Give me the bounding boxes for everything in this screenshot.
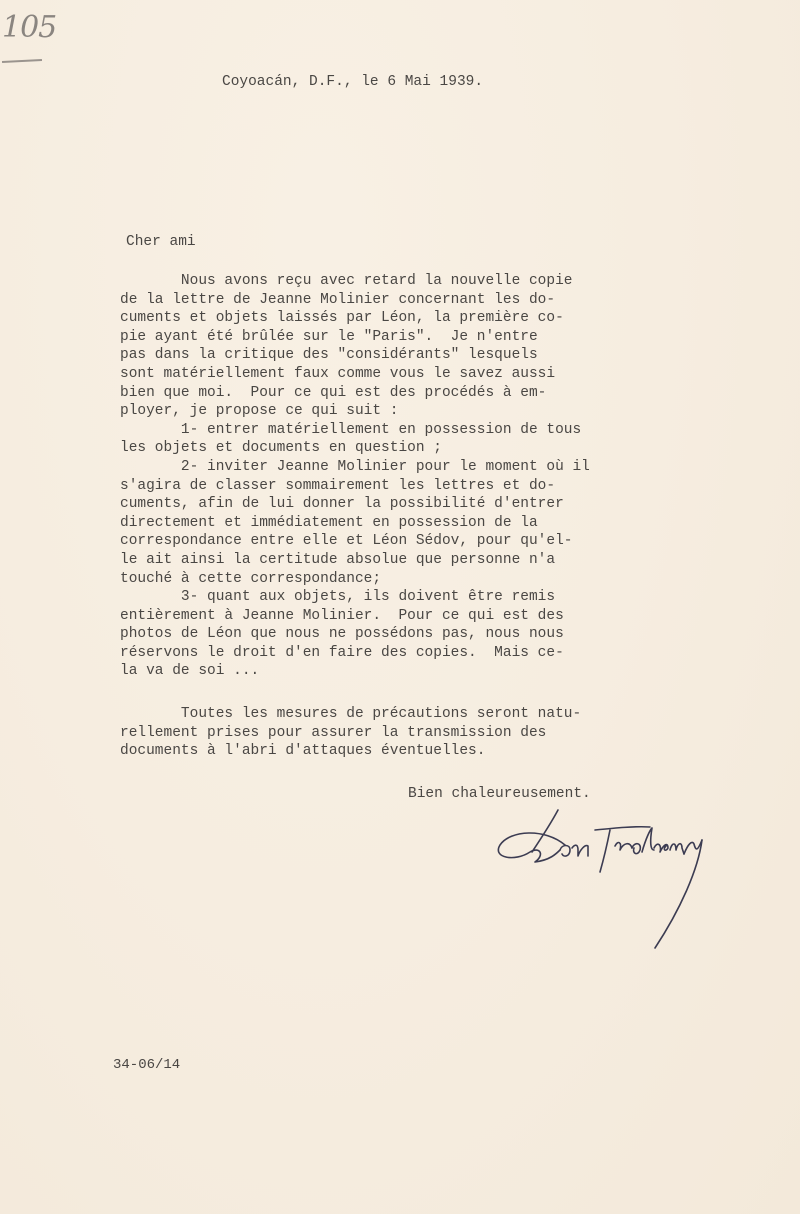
- body-line: le ait ainsi la certitude absolue que pe…: [120, 551, 720, 570]
- body-line: réservons le droit d'en faire des copies…: [120, 644, 720, 663]
- handwritten-signature: [490, 800, 760, 960]
- body-line: Nous avons reçu avec retard la nouvelle …: [120, 272, 720, 291]
- body-line: sont matériellement faux comme vous le s…: [120, 365, 720, 384]
- body-line: ployer, je propose ce qui suit :: [120, 402, 720, 421]
- archive-number: 105: [2, 10, 56, 45]
- body-line: entièrement à Jeanne Molinier. Pour ce q…: [120, 607, 720, 626]
- closing-paragraph: Toutes les mesures de précautions seront…: [120, 705, 720, 761]
- closing-line: rellement prises pour assurer la transmi…: [120, 724, 720, 743]
- body-line: de la lettre de Jeanne Molinier concerna…: [120, 291, 720, 310]
- archive-underline: [2, 59, 42, 63]
- body-line: s'agira de classer sommairement les lett…: [120, 477, 720, 496]
- body-line: correspondance entre elle et Léon Sédov,…: [120, 532, 720, 551]
- dateline: Coyoacán, D.F., le 6 Mai 1939.: [222, 74, 483, 90]
- closing-line: documents à l'abri d'attaques éventuelle…: [120, 742, 720, 761]
- body-line: la va de soi ...: [120, 662, 720, 681]
- list-item-2: 2- inviter Jeanne Molinier pour le momen…: [120, 458, 720, 477]
- letter-body: Nous avons reçu avec retard la nouvelle …: [120, 272, 720, 681]
- body-line: cuments, afin de lui donner la possibili…: [120, 495, 720, 514]
- closing-line: Toutes les mesures de précautions seront…: [120, 705, 720, 724]
- letter-page: 105 Coyoacán, D.F., le 6 Mai 1939. Cher …: [0, 0, 800, 1214]
- body-line: cuments et objets laissés par Léon, la p…: [120, 309, 720, 328]
- list-item-3: 3- quant aux objets, ils doivent être re…: [120, 588, 720, 607]
- salutation: Cher ami: [126, 234, 196, 250]
- list-item-1: 1- entrer matériellement en possession d…: [120, 421, 720, 440]
- body-line: touché à cette correspondance;: [120, 570, 720, 589]
- body-line: les objets et documents en question ;: [120, 439, 720, 458]
- body-line: pas dans la critique des "considérants" …: [120, 346, 720, 365]
- reference-code: 34-06/14: [113, 1057, 180, 1073]
- body-line: bien que moi. Pour ce qui est des procéd…: [120, 384, 720, 403]
- body-line: directement et immédiatement en possessi…: [120, 514, 720, 533]
- body-line: photos de Léon que nous ne possédons pas…: [120, 625, 720, 644]
- body-line: pie ayant été brûlée sur le "Paris". Je …: [120, 328, 720, 347]
